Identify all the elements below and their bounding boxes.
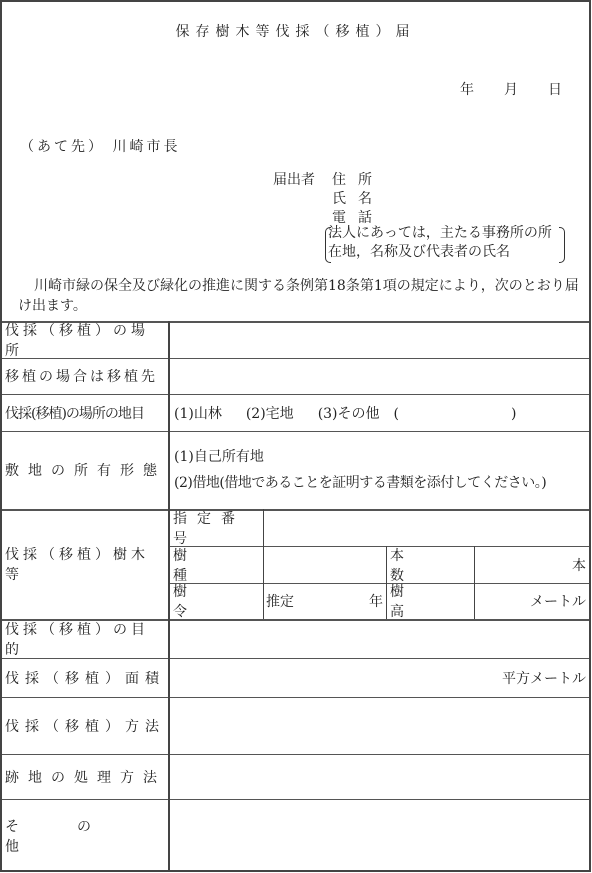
label-purpose: 伐採（移植）の目的 [2, 619, 168, 658]
date-month-label: 月 [504, 79, 518, 99]
option-leased-land[interactable]: (2)借地(借地であることを証明する書類を添付してください。) [174, 470, 546, 496]
date-day-label: 日 [548, 79, 562, 99]
label-transplant-dest: 移植の場合は移植先 [2, 358, 168, 394]
label-trees: 伐採（移植）樹木等 [2, 509, 168, 619]
purpose-input[interactable] [170, 619, 589, 658]
age-unit: 年 [369, 591, 383, 611]
form-page: 保存樹木等伐採（移植）届 年 月 日 （あて先） 川崎市長 届出者 住所 氏名 … [0, 0, 591, 872]
label-count: 本数 [387, 546, 474, 583]
label-ownership: 敷地の所有形態 [2, 431, 168, 509]
label-site-disposal: 跡地の処理方法 [2, 754, 168, 799]
ownership-options: (1)自己所有地 (2)借地(借地であることを証明する書類を添付してください。) [170, 431, 589, 509]
age-prefix: 推定 [266, 591, 294, 611]
label-land-category: 伐採(移植)の場所の地目 [2, 394, 168, 431]
bracket-right [559, 227, 565, 263]
transplant-dest-input[interactable] [170, 358, 589, 394]
label-tree-height: 樹高 [387, 583, 474, 619]
label-area: 伐採（移植）面積 [2, 658, 168, 697]
label-other: その他 [2, 799, 168, 872]
corporate-note-line1: 法人にあっては，主たる事務所の所 [328, 224, 552, 243]
option-own-land[interactable]: (1)自己所有地 [174, 444, 264, 470]
applicant-label: 届出者 [273, 169, 315, 189]
species-input[interactable] [264, 546, 386, 583]
other-input[interactable] [170, 799, 589, 872]
name-label: 氏名 [332, 188, 384, 208]
form-title: 保存樹木等伐採（移植）届 [2, 21, 589, 41]
designation-number-input[interactable] [264, 509, 589, 546]
area-input[interactable]: 平方メートル [170, 658, 589, 697]
site-disposal-input[interactable] [170, 754, 589, 799]
land-category-options: (1)山林 (2)宅地 (3)その他 ( ) [170, 394, 589, 431]
label-designation-number: 指定番号 [170, 509, 263, 546]
label-species: 樹種 [170, 546, 263, 583]
location-input[interactable] [170, 321, 589, 358]
corporate-note-line2: 在地，名称及び代表者の氏名 [328, 243, 552, 262]
address-label: 住所 [332, 169, 384, 189]
date-year-label: 年 [460, 79, 474, 99]
label-location: 伐採（移植）の場所 [2, 321, 168, 358]
addressee: （あて先） 川崎市長 [20, 136, 180, 156]
height-unit[interactable]: メートル [475, 583, 589, 619]
method-input[interactable] [170, 697, 589, 754]
option-forest[interactable]: (1)山林 [174, 403, 222, 423]
label-tree-age: 樹令 [170, 583, 263, 619]
tree-age-input[interactable]: 推定 年 [264, 583, 386, 619]
option-residential[interactable]: (2)宅地 [246, 403, 294, 423]
statement: 川崎市緑の保全及び緑化の推進に関する条例第18条第1項の規定により，次のとおり届… [18, 276, 583, 316]
option-other[interactable]: (3)その他 ( ) [318, 403, 517, 423]
corporate-note: 法人にあっては，主たる事務所の所 在地，名称及び代表者の氏名 [328, 224, 552, 262]
label-method: 伐採（移植）方法 [2, 697, 168, 754]
count-unit[interactable]: 本 [475, 546, 589, 583]
